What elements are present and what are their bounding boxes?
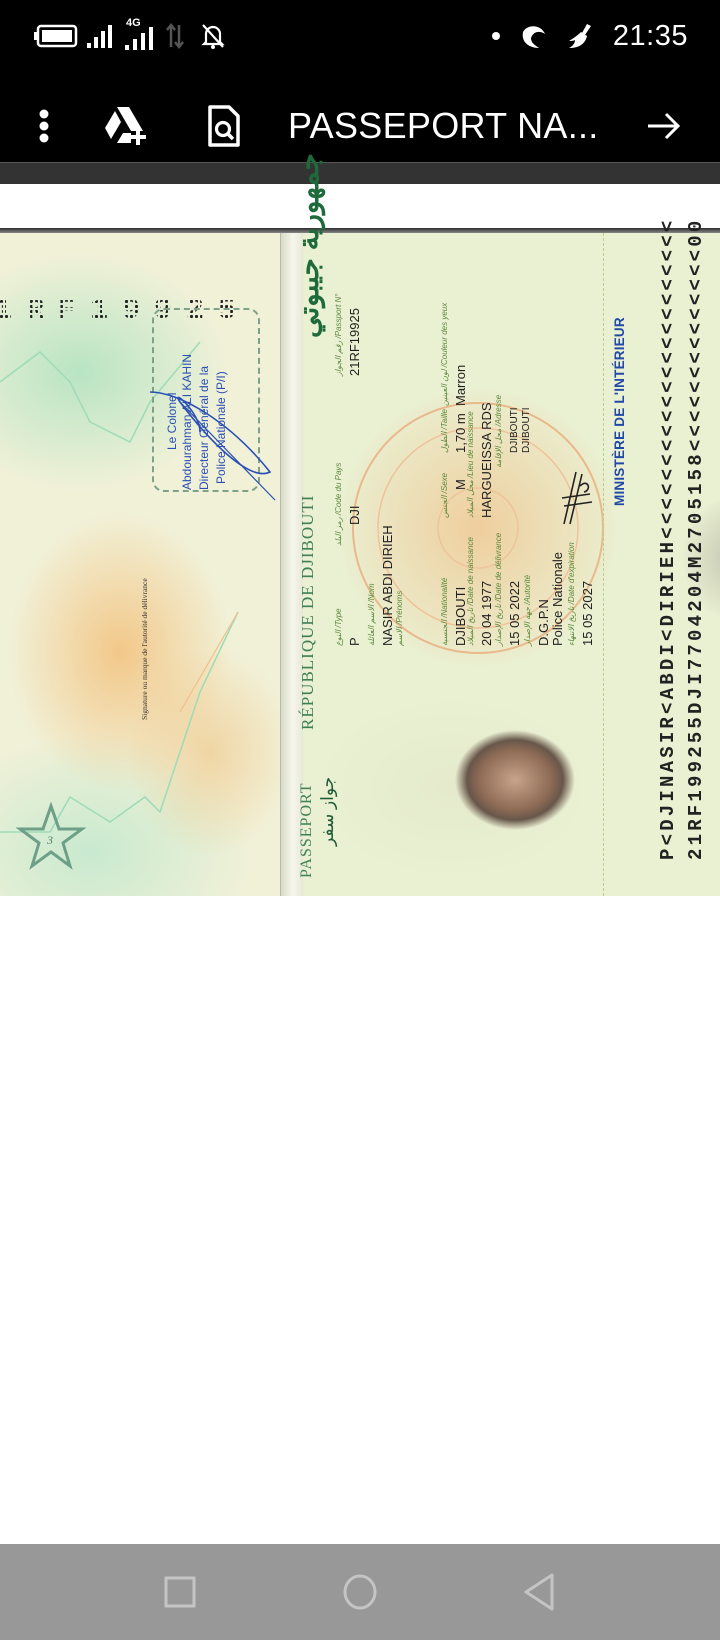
mrz-line-2: 21RF199255DJI7704204M2705158<<<<<<<<<<<<… (685, 218, 707, 860)
label-type: النوع /Type (334, 608, 343, 646)
dot-icon (491, 31, 501, 41)
value-authority-1: D.G.P.N (536, 599, 551, 646)
home-button[interactable] (334, 1566, 386, 1618)
signature-caption: Signature ou marque de l'autorité de dél… (140, 578, 149, 720)
value-country-code: DJI (347, 506, 362, 526)
mrz-line-1: P<DJINASIR<ABDI<DIRIEH<<<<<<<<<<<<<<<<<<… (657, 218, 679, 860)
holder-signature (560, 468, 596, 528)
square-icon (163, 1575, 197, 1609)
label-given-names: الاسم /Prénoms (395, 591, 404, 646)
ministry-label: MINISTÈRE DE L'INTÉRIEUR (612, 317, 627, 506)
app-notification-icon (519, 22, 547, 50)
doc-label-ar: جواز سفر (318, 777, 338, 846)
status-left: 4G (34, 20, 226, 52)
label-dob: تاريخ الميلاد /Date de naissance (466, 537, 475, 646)
more-vert-icon (38, 109, 50, 143)
circle-icon (340, 1572, 380, 1612)
clock: 21:35 (613, 20, 688, 53)
cleaner-icon (565, 22, 595, 50)
status-bar: 4G 21:35 (0, 0, 720, 90)
value-issue-date: 15 05 2022 (507, 581, 522, 646)
label-height: الطول /Taille (440, 409, 449, 453)
document-title: PASSEPORT NA... (288, 102, 599, 150)
triangle-back-icon (522, 1572, 558, 1612)
value-address-2: DJIBOUTI (521, 407, 532, 453)
label-issue-date: تاريخ الإصدار /Date de délivrance (494, 533, 503, 646)
value-pob: HARGUEISSA RDS (479, 402, 494, 518)
toolbar-divider (0, 162, 720, 185)
status-right: 21:35 (491, 18, 688, 54)
recents-button[interactable] (154, 1566, 206, 1618)
arrow-forward-icon (646, 111, 682, 141)
passport-scan: 1RF19925 Signature ou marque de l'autori… (0, 228, 720, 896)
add-to-drive-button[interactable] (102, 102, 150, 150)
notifications-off-icon (200, 22, 226, 50)
find-in-document-button[interactable] (200, 102, 248, 150)
drive-add-icon (103, 105, 149, 147)
back-button[interactable] (514, 1566, 566, 1618)
doc-label-fr: PASSEPORT (298, 783, 316, 879)
label-passport-no: رقم الجواز /Passport N° (334, 294, 343, 377)
label-sex: الجنس /Sexe (440, 473, 449, 518)
passport-top-edge (0, 228, 720, 233)
holder-photo (420, 708, 595, 858)
label-surname: الاسم العائلة /Nom (367, 584, 376, 647)
label-pob: محل الميلاد /Lieu de naissance (466, 411, 475, 518)
open-button[interactable] (640, 102, 688, 150)
guilloche-line (603, 228, 608, 896)
value-surname: NASIR ABDI DIRIEH (380, 525, 395, 646)
value-passport-no: 21RF19925 (347, 308, 362, 376)
toolbar: PASSEPORT NA... (0, 90, 720, 162)
signal-icon (86, 23, 116, 49)
signal-4g-icon: 4G (124, 21, 158, 51)
passport-left-page: 1RF19925 Signature ou marque de l'autori… (0, 232, 282, 896)
document-search-icon (207, 105, 241, 147)
svg-text:3: 3 (46, 833, 53, 847)
page-number-star-icon: 3 (16, 802, 86, 872)
navigation-bar (0, 1544, 720, 1640)
more-options-button[interactable] (20, 102, 68, 150)
data-transfer-icon (166, 23, 184, 49)
value-eye-color: Marron (453, 365, 468, 406)
battery-icon (34, 24, 78, 48)
label-country-code: رمز البلد /Code du Pays (334, 463, 343, 546)
header-fr: RÉPUBLIQUE DE DJIBOUTI (298, 495, 318, 730)
header-ar: جمهورية جيبوتي (292, 153, 325, 338)
label-address: محل الإقامة /Adresse (494, 395, 503, 468)
stamp-signature (140, 382, 280, 502)
value-expiry: 15 05 2027 (580, 581, 595, 646)
value-authority-2: Police Nationale (550, 552, 565, 646)
label-authority: جهة الإصدار /Autorité (523, 575, 532, 646)
label-eye-color: لون العينين /Couleur des yeux (440, 303, 449, 406)
value-type: P (347, 637, 362, 646)
value-dob: 20 04 1977 (479, 581, 494, 646)
value-address-1: DJIBOUTI (509, 407, 520, 453)
label-expiry: تاريخ الانتهاء /Date d'expiration (567, 542, 576, 646)
label-nationality: الجنسية /Nationalité (440, 578, 449, 646)
